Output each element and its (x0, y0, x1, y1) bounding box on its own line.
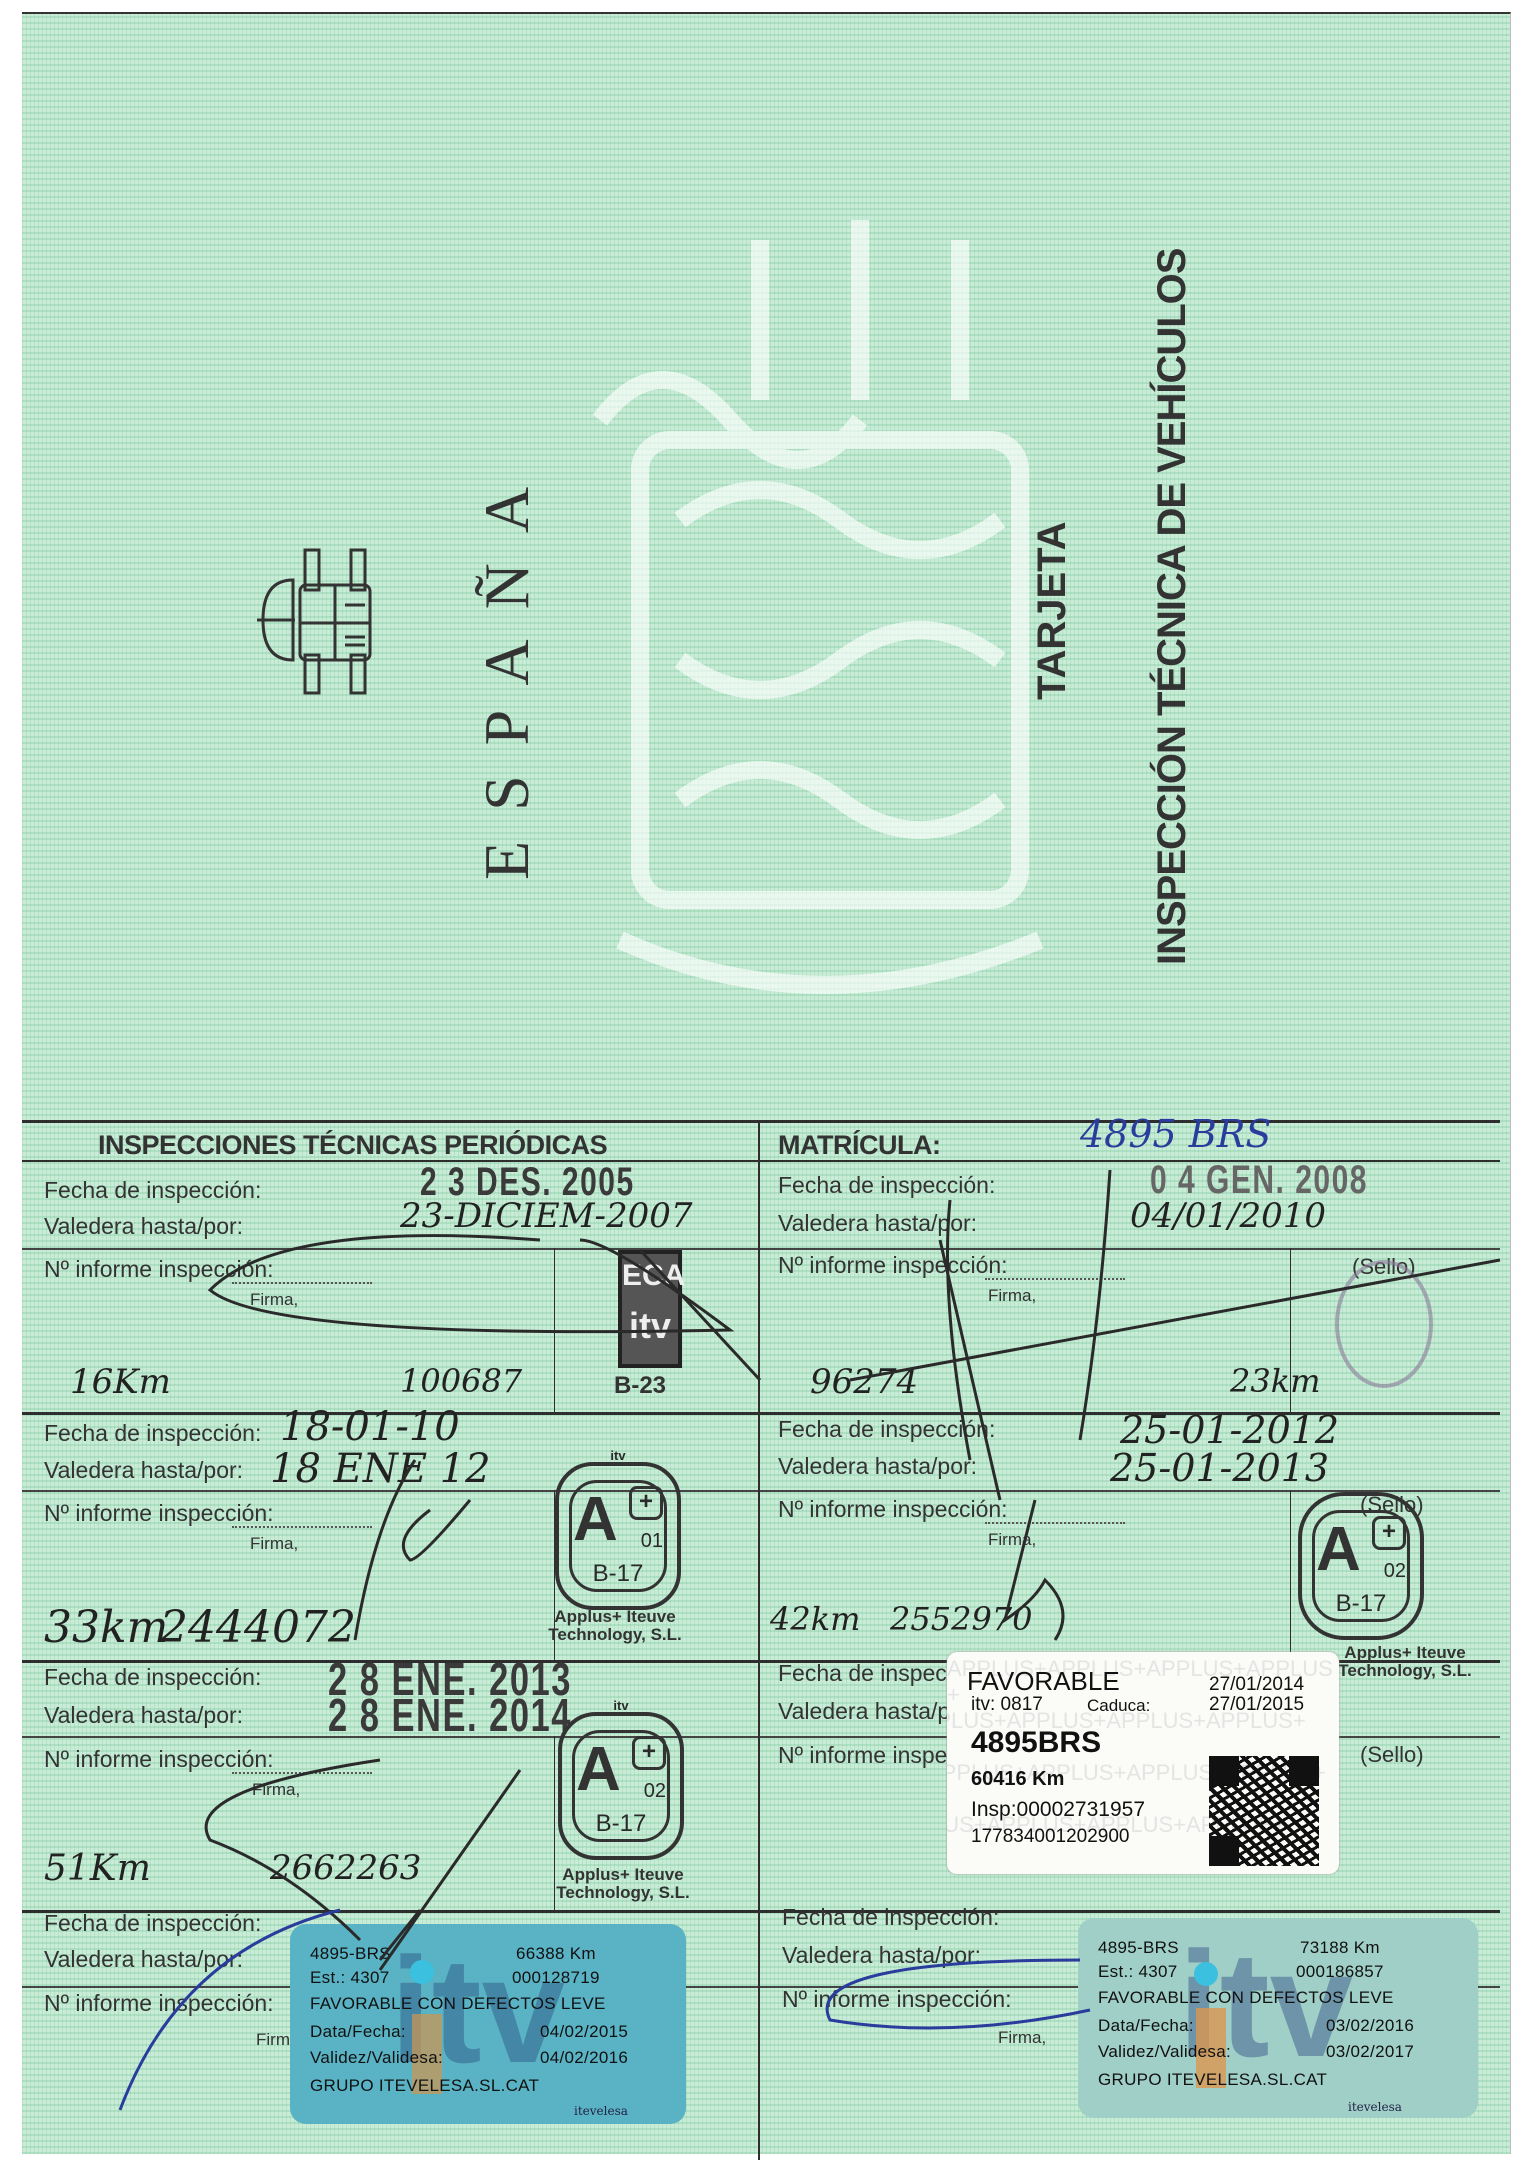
fecha-label: Fecha de inspección: (44, 1664, 261, 1691)
sticker-date: 27/01/2014 (1209, 1674, 1304, 1696)
sello-label: (Sello) (1360, 1742, 1424, 1768)
fecha-label: Fecha de inspección: (782, 1904, 999, 1931)
valid-until: 23-DICIEM-2007 (400, 1196, 693, 1236)
km-note: 16Km (70, 1362, 171, 1402)
fecha-label: Fecha de inspección: (778, 1416, 995, 1443)
fecha-label: Fecha de inspección: (44, 1177, 261, 1204)
valid-until: 2 8 ENE. 2014 (328, 1688, 572, 1742)
valedera-label: Valedera hasta/por: (782, 1942, 981, 1969)
informe-label: Nº informe inspección: (778, 1496, 1008, 1523)
sticker-expiry: 27/01/2015 (1209, 1694, 1304, 1716)
card-title: TARJETA (1030, 521, 1075, 700)
firma-label: Firma, (250, 1290, 298, 1310)
stamp-code: B-23 (614, 1372, 666, 1400)
valedera-label: Valedera hasta/por: (44, 1946, 243, 1973)
ref-note: 2552970 (890, 1600, 1033, 1638)
ref-note: 96274 (810, 1362, 918, 1402)
valedera-label: Valedera hasta/por: (44, 1457, 243, 1484)
applus-inspection-sticker: APPLUS+APPLUS+APPLUS+APPLUS+ APPLUS+APPL… (947, 1652, 1339, 1874)
itevelesa-sticker: itv 4895-BRS 73188 Km Est.: 4307 0001868… (1078, 1918, 1478, 2118)
km-note: 42km (770, 1600, 860, 1638)
itevelesa-sticker: itv 4895-BRS 66388 Km Est.: 4307 0001287… (290, 1924, 686, 2124)
fecha-label: Fecha de inspección: (778, 1172, 995, 1199)
card-subtitle: INSPECCIÓN TÉCNICA DE VEHÍCULOS (1150, 249, 1195, 965)
itevelesa-logo: itevelesa (1348, 2100, 1402, 2114)
valedera-label: Valedera hasta/por: (778, 1453, 977, 1480)
eca-itv-stamp: ECAitv (618, 1250, 682, 1368)
fecha-label: Fecha de inspección: (44, 1420, 261, 1447)
informe-label: Nº informe inspección: (44, 1500, 274, 1527)
round-stamp (1335, 1260, 1433, 1388)
section-header-plate: MATRÍCULA: (778, 1130, 940, 1161)
sticker-km: 60416 Km (971, 1768, 1064, 1791)
informe-label: Nº informe inspección: (44, 1746, 274, 1773)
firma-label: Firma, (252, 1780, 300, 1800)
firma-label: Firma, (998, 2028, 1046, 2048)
applus-stamp: itvA+ 01B-17 (555, 1462, 681, 1610)
valedera-label: Valedera hasta/por: (44, 1702, 243, 1729)
applus-stamp: A+ 02B-17 (1298, 1492, 1424, 1640)
sticker-caduca: Caduca: (1087, 1696, 1150, 1716)
section-header-left: INSPECCIONES TÉCNICAS PERIÓDICAS (98, 1130, 607, 1161)
stamp-company: Applus+ Iteuve Technology, S.L. (540, 1608, 690, 1644)
informe-label: Nº informe inspección: (778, 1252, 1008, 1279)
firma-label: Firma, (250, 1534, 298, 1554)
firma-label: Firma, (988, 1286, 1036, 1306)
fecha-label: Fecha de inspección: (44, 1910, 261, 1937)
sticker-plate: 4895BRS (971, 1726, 1101, 1760)
sticker-insp: Insp:00002731957 (971, 1798, 1145, 1822)
informe-label: Nº informe inspección: (44, 1256, 274, 1283)
coat-of-arms-icon (255, 545, 405, 695)
qr-code-icon (1209, 1756, 1319, 1866)
valedera-label: Valedera hasta/por: (44, 1213, 243, 1240)
valid-until: 04/01/2010 (1130, 1196, 1326, 1236)
ref-note: 2662263 (270, 1848, 421, 1888)
stamp-company: Applus+ Iteuve Technology, S.L. (548, 1866, 698, 1902)
ref-note: 100687 (400, 1362, 522, 1400)
informe-label: Nº informe inspección: (44, 1990, 274, 2017)
ref-note: 2444072 (160, 1602, 356, 1653)
plate-handwritten: 4895 BRS (1080, 1112, 1271, 1156)
stamp-company: Applus+ Iteuve Technology, S.L. (1320, 1644, 1490, 1680)
sticker-code: 177834001202900 (971, 1826, 1130, 1848)
applus-stamp: itvA+ 02B-17 (558, 1712, 684, 1860)
country-title: ESPAÑA (470, 457, 544, 880)
valedera-label: Valedera hasta/por: (778, 1210, 977, 1237)
inspection-date: 18-01-10 (280, 1404, 460, 1450)
sticker-itv: itv: 0817 (971, 1694, 1043, 1716)
km-note: 33km (44, 1602, 168, 1653)
itevelesa-logo: itevelesa (574, 2104, 628, 2118)
km-note: 51Km (44, 1848, 151, 1889)
sticker-result: FAVORABLE (967, 1666, 1120, 1697)
valid-until: 25-01-2013 (1110, 1446, 1329, 1490)
km-note: 23km (1230, 1362, 1320, 1400)
informe-label: Nº informe inspección: (782, 1986, 1012, 2013)
valid-until: 18 ENE 12 (270, 1446, 491, 1492)
firma-label: Firma, (988, 1530, 1036, 1550)
